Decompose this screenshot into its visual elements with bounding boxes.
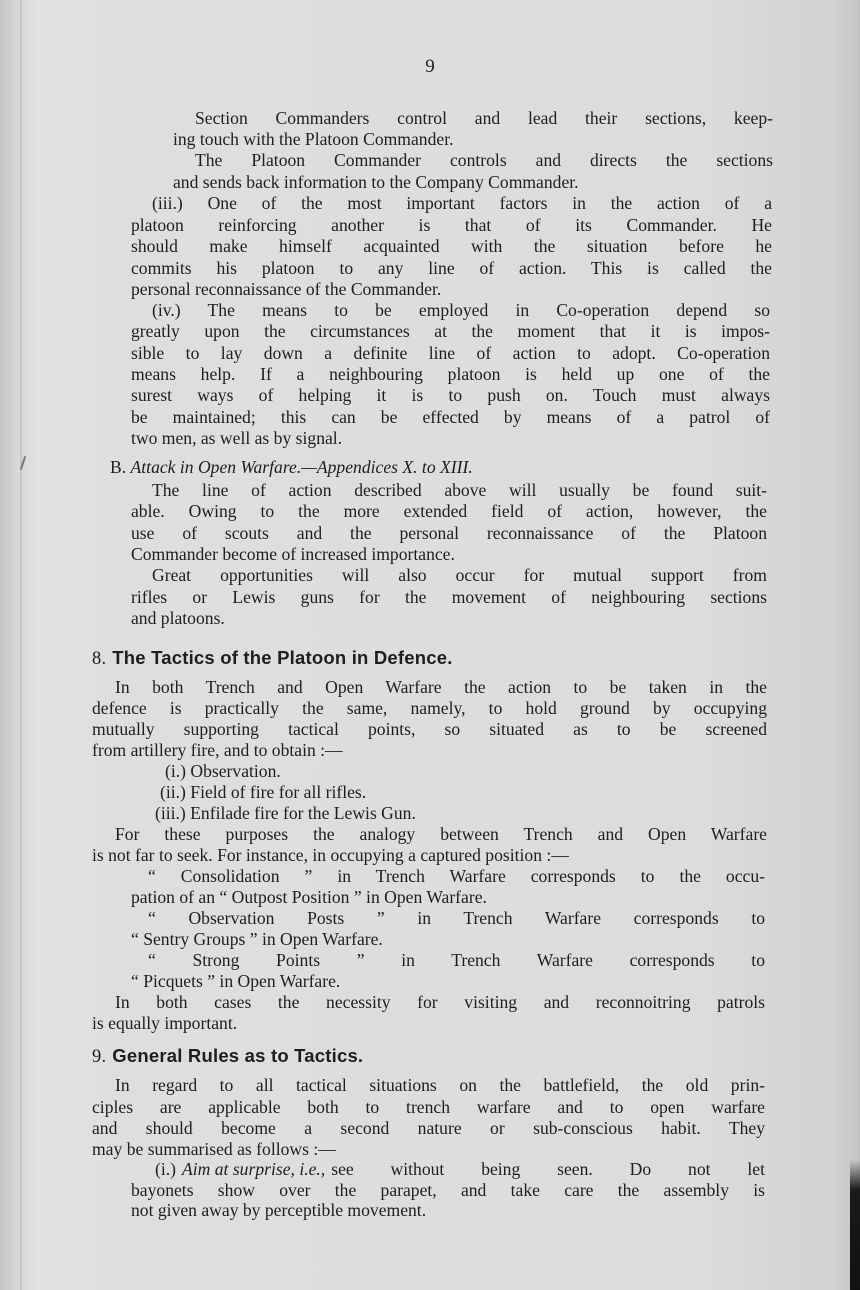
text-line: use of scouts and the personal reconnais… xyxy=(131,523,767,544)
text-line: means help. If a neighbouring platoon is… xyxy=(131,364,770,385)
section-9-title: General Rules as to Tactics. xyxy=(112,1045,363,1066)
section-b-title: Attack in Open Warfare.—Appendices X. to… xyxy=(131,457,473,477)
text-line: Great opportunities will also occur for … xyxy=(152,565,767,586)
binding-gutter xyxy=(20,0,22,1290)
text-line: ciples are applicable both to trench war… xyxy=(92,1097,765,1118)
list-item: (ii.) Field of fire for all rifles. xyxy=(160,782,366,803)
text-line: In both Trench and Open Warfare the acti… xyxy=(115,677,767,698)
rule-i-first-line: (i.) Aim at surprise, i.e., see without … xyxy=(155,1159,765,1180)
section-9-number: 9. xyxy=(92,1047,106,1067)
section-8-heading: 8.The Tactics of the Platoon in Defence. xyxy=(92,647,453,670)
section-8-title: The Tactics of the Platoon in Defence. xyxy=(112,647,452,668)
text-line: and sends back information to the Compan… xyxy=(173,172,579,193)
section-9-heading: 9.General Rules as to Tactics. xyxy=(92,1045,363,1068)
section-8-number: 8. xyxy=(92,649,106,669)
rule-i-emphasis: Aim at surprise, i.e., xyxy=(182,1159,325,1180)
text-line: not given away by perceptible movement. xyxy=(131,1200,426,1221)
text-line: ing touch with the Platoon Commander. xyxy=(173,129,454,150)
text-line: surest ways of helping it is to push on.… xyxy=(131,385,770,406)
text-line: mutually supporting tactical points, so … xyxy=(92,719,767,740)
text-line: platoon reinforcing another is that of i… xyxy=(131,215,772,236)
text-line: For these purposes the analogy between T… xyxy=(115,824,767,845)
text-line: In regard to all tactical situations on … xyxy=(115,1075,765,1096)
text-line: “ Strong Points ” in Trench Warfare corr… xyxy=(148,950,765,971)
text-line: and platoons. xyxy=(131,608,225,629)
rule-i-rest: see without being seen. Do not let xyxy=(331,1159,765,1180)
text-line: greatly upon the circumstances at the mo… xyxy=(131,321,770,342)
text-line: (iii.) One of the most important factors… xyxy=(152,193,772,214)
section-b-label: B. xyxy=(110,457,126,477)
text-line: sible to lay down a definite line of act… xyxy=(131,343,770,364)
section-b-heading: B. Attack in Open Warfare.—Appendices X.… xyxy=(110,457,473,478)
text-line: bayonets show over the parapet, and take… xyxy=(131,1180,765,1201)
list-item: (i.) Observation. xyxy=(165,761,281,782)
text-line: (iv.) The means to be employed in Co-ope… xyxy=(152,300,770,321)
text-line: able. Owing to the more extended field o… xyxy=(131,501,767,522)
text-line: be maintained; this can be effected by m… xyxy=(131,407,770,428)
list-item: (iii.) Enfilade fire for the Lewis Gun. xyxy=(155,803,416,824)
text-line: commits his platoon to any line of actio… xyxy=(131,258,772,279)
text-line: In both cases the necessity for visiting… xyxy=(115,992,765,1013)
text-line: Section Commanders control and lead thei… xyxy=(195,108,773,129)
rule-i-label: (i.) xyxy=(155,1159,176,1180)
text-line: and should become a second nature or sub… xyxy=(92,1118,765,1139)
text-line: “ Observation Posts ” in Trench Warfare … xyxy=(148,908,765,929)
text-line: may be summarised as follows :— xyxy=(92,1139,336,1160)
text-line: “ Sentry Groups ” in Open Warfare. xyxy=(131,929,383,950)
text-line: personal reconnaissance of the Commander… xyxy=(131,279,441,300)
scanned-page: 9 Section Commanders control and lead th… xyxy=(0,0,860,1290)
text-line: Commander become of increased importance… xyxy=(131,544,455,565)
page-edge-shadow xyxy=(850,1160,860,1290)
text-line: should make himself acquainted with the … xyxy=(131,236,772,257)
text-line: “ Picquets ” in Open Warfare. xyxy=(131,971,340,992)
text-line: The Platoon Commander controls and direc… xyxy=(195,150,773,171)
text-line: pation of an “ Outpost Position ” in Ope… xyxy=(131,887,487,908)
text-line: defence is practically the same, namely,… xyxy=(92,698,767,719)
text-line: The line of action described above will … xyxy=(152,480,767,501)
text-line: is not far to seek. For instance, in occ… xyxy=(92,845,569,866)
text-line: is equally important. xyxy=(92,1013,237,1034)
text-line: rifles or Lewis guns for the movement of… xyxy=(131,587,767,608)
text-line: two men, as well as by signal. xyxy=(131,428,342,449)
page-number: 9 xyxy=(0,56,860,78)
text-line: from artillery fire, and to obtain :— xyxy=(92,740,343,761)
text-line: “ Consolidation ” in Trench Warfare corr… xyxy=(148,866,765,887)
